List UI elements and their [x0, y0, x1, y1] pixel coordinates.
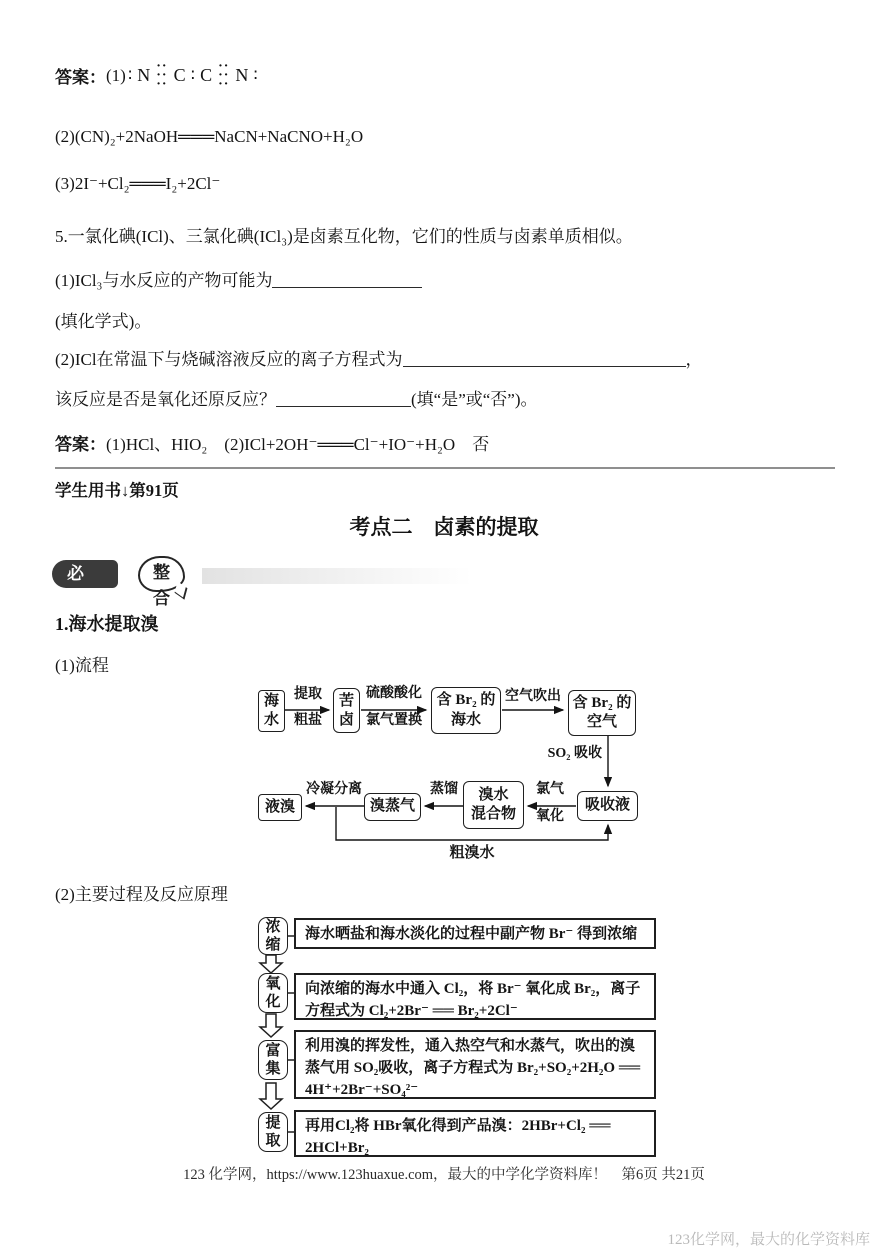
label-condense-separate: 冷凝分离 — [303, 782, 365, 798]
label-air-blowout: 空气吹出 — [500, 689, 566, 705]
step-concentrate: 浓缩 — [258, 917, 288, 955]
node-seawater: 海水 — [258, 690, 285, 732]
page-footer: 123 化学网，https://www.123huaxue.com，最大的中学化… — [0, 1163, 888, 1184]
question5-part2: (2)ICl在常温下与烧碱溶液反应的离子方程式为， — [55, 345, 835, 370]
principle-box-concentrate: 海水晒盐和海水淡化的过程中副产物 Br⁻ 得到浓缩 — [294, 918, 656, 949]
label-so2-absorb: SO₂ 吸收 — [540, 746, 602, 762]
question5-part2-text: (2)ICl在常温下与烧碱溶液反应的离子方程式为 — [55, 350, 403, 369]
lone-pair-left: ∶ — [128, 66, 132, 86]
answer-label: 答案： — [55, 435, 106, 454]
question5-stem: 5.一氯化碘(ICl)、三氯化碘(ICl₃)是卤素互化物，它们的性质与卤素单质相… — [55, 222, 835, 247]
triple-bond-dots: ······ — [218, 62, 229, 89]
lone-pair-right: ∶ — [253, 66, 257, 86]
question5-part1-note: (填化学式)。 — [55, 307, 835, 332]
section-divider — [55, 467, 835, 469]
flow-label: (1)流程 — [55, 651, 835, 676]
badge-left-label: 必备知识 — [52, 560, 118, 588]
node-bromine-water-mixture: 溴水混合物 — [463, 781, 524, 829]
principle-box-extract: 再用Cl₂将 HBr氧化得到产品溴：2HBr+Cl₂ ══ 2HCl+Br₂ — [294, 1110, 656, 1157]
step-extract: 提取 — [258, 1112, 288, 1152]
question5-part1-text: (1)ICl₃与水反应的产物可能为 — [55, 271, 272, 290]
question5-part3: 该反应是否是氧化还原反应？(填“是”或“否”)。 — [55, 385, 835, 410]
node-bittern: 苦卤 — [333, 688, 360, 733]
label-extract-crude-salt-1: 提取 — [284, 687, 332, 703]
answer-blank-2 — [403, 349, 686, 367]
question5-part1: (1)ICl₃与水反应的产物可能为 — [55, 266, 835, 291]
atom-c: C — [200, 65, 212, 86]
label-distill: 蒸馏 — [425, 782, 463, 798]
node-br2-air: 含 Br₂ 的空气 — [568, 690, 636, 736]
triple-bond-dots: ······ — [156, 62, 167, 89]
badge-gradient-strip — [202, 568, 472, 584]
node-absorbent: 吸收液 — [577, 791, 638, 821]
label-cl2-oxidize-1: 氯气 — [531, 782, 569, 798]
node-bromine-vapor: 溴蒸气 — [364, 793, 421, 821]
lewis-structure: 答案： (1) ∶ N ······ C ∶ C ······ N ∶ — [55, 62, 260, 89]
step-enrich: 富集 — [258, 1040, 288, 1080]
bond-pair-center: ∶ — [191, 66, 195, 86]
equation-cn2-naoh: (2)(CN)₂+2NaOH═══NaCN+NaCNO+H₂O — [55, 127, 835, 147]
atom-n: N — [137, 65, 150, 86]
atom-c: C — [174, 65, 186, 86]
node-liquid-bromine: 液溴 — [258, 794, 302, 821]
question5-part3-text: 该反应是否是氧化还原反应？ — [55, 390, 276, 409]
comma: ， — [686, 350, 703, 369]
process-principle-chart: 浓缩 海水晒盐和海水淡化的过程中副产物 Br⁻ 得到浓缩 氧化 向浓缩的海水中通… — [0, 910, 888, 1160]
atom-n: N — [235, 65, 248, 86]
label-cl2-oxidize-2: 氧化 — [531, 809, 569, 825]
answer-text: (1)HCl、HIO₂ (2)ICl+2OH⁻═══Cl⁻+IO⁻+H₂O 否 — [106, 435, 489, 454]
part-number: (1) — [106, 66, 126, 86]
step-oxidize: 氧化 — [258, 973, 288, 1013]
label-acidify-displace-1: 硫酸酸化 — [359, 686, 429, 702]
equation-iodide-cl2: (3)2I⁻+Cl₂═══I₂+2Cl⁻ — [55, 174, 835, 194]
badge-bubble-label: 整合 — [138, 556, 185, 592]
section-title: 考点二 卤素的提取 — [0, 511, 888, 541]
label-extract-crude-salt-2: 粗盐 — [284, 713, 332, 729]
answer-blank-1 — [272, 270, 422, 288]
label-acidify-displace-2: 氯气置换 — [359, 713, 429, 729]
site-watermark: 123化学网，最大的化学资料库 — [667, 1228, 870, 1249]
question5-part3-note: (填“是”或“否”)。 — [411, 390, 538, 409]
student-book-ref: 学生用书↓第91页 — [55, 477, 835, 501]
principle-box-oxidize: 向浓缩的海水中通入 Cl₂，将 Br⁻ 氧化成 Br₂，离子方程式为 Cl₂+2… — [294, 973, 656, 1020]
node-br2-seawater: 含 Br₂ 的海水 — [431, 687, 501, 734]
answer-line-lewis: 答案： (1) ∶ N ······ C ∶ C ······ N ∶ — [55, 62, 835, 89]
flowchart-seawater-bromine: 海水 提取 粗盐 苦卤 硫酸酸化 氯气置换 含 Br₂ 的海水 空气吹出 含 B… — [0, 683, 888, 871]
document-page: 答案： (1) ∶ N ······ C ∶ C ······ N ∶ (2)(… — [0, 0, 888, 1255]
process-label: (2)主要过程及反应原理 — [55, 880, 835, 905]
principle-box-enrich: 利用溴的挥发性，通入热空气和水蒸气，吹出的溴蒸气用 SO₂吸收，离子方程式为 B… — [294, 1030, 656, 1099]
answer-blank-3 — [276, 389, 411, 407]
subsection-title: 1.海水提取溴 — [55, 610, 835, 636]
answer-label: 答案： — [55, 63, 106, 88]
label-crude-bromine-water: 粗溴水 — [436, 845, 508, 862]
question5-answer: 答案：(1)HCl、HIO₂ (2)ICl+2OH⁻═══Cl⁻+IO⁻+H₂O… — [55, 430, 835, 455]
